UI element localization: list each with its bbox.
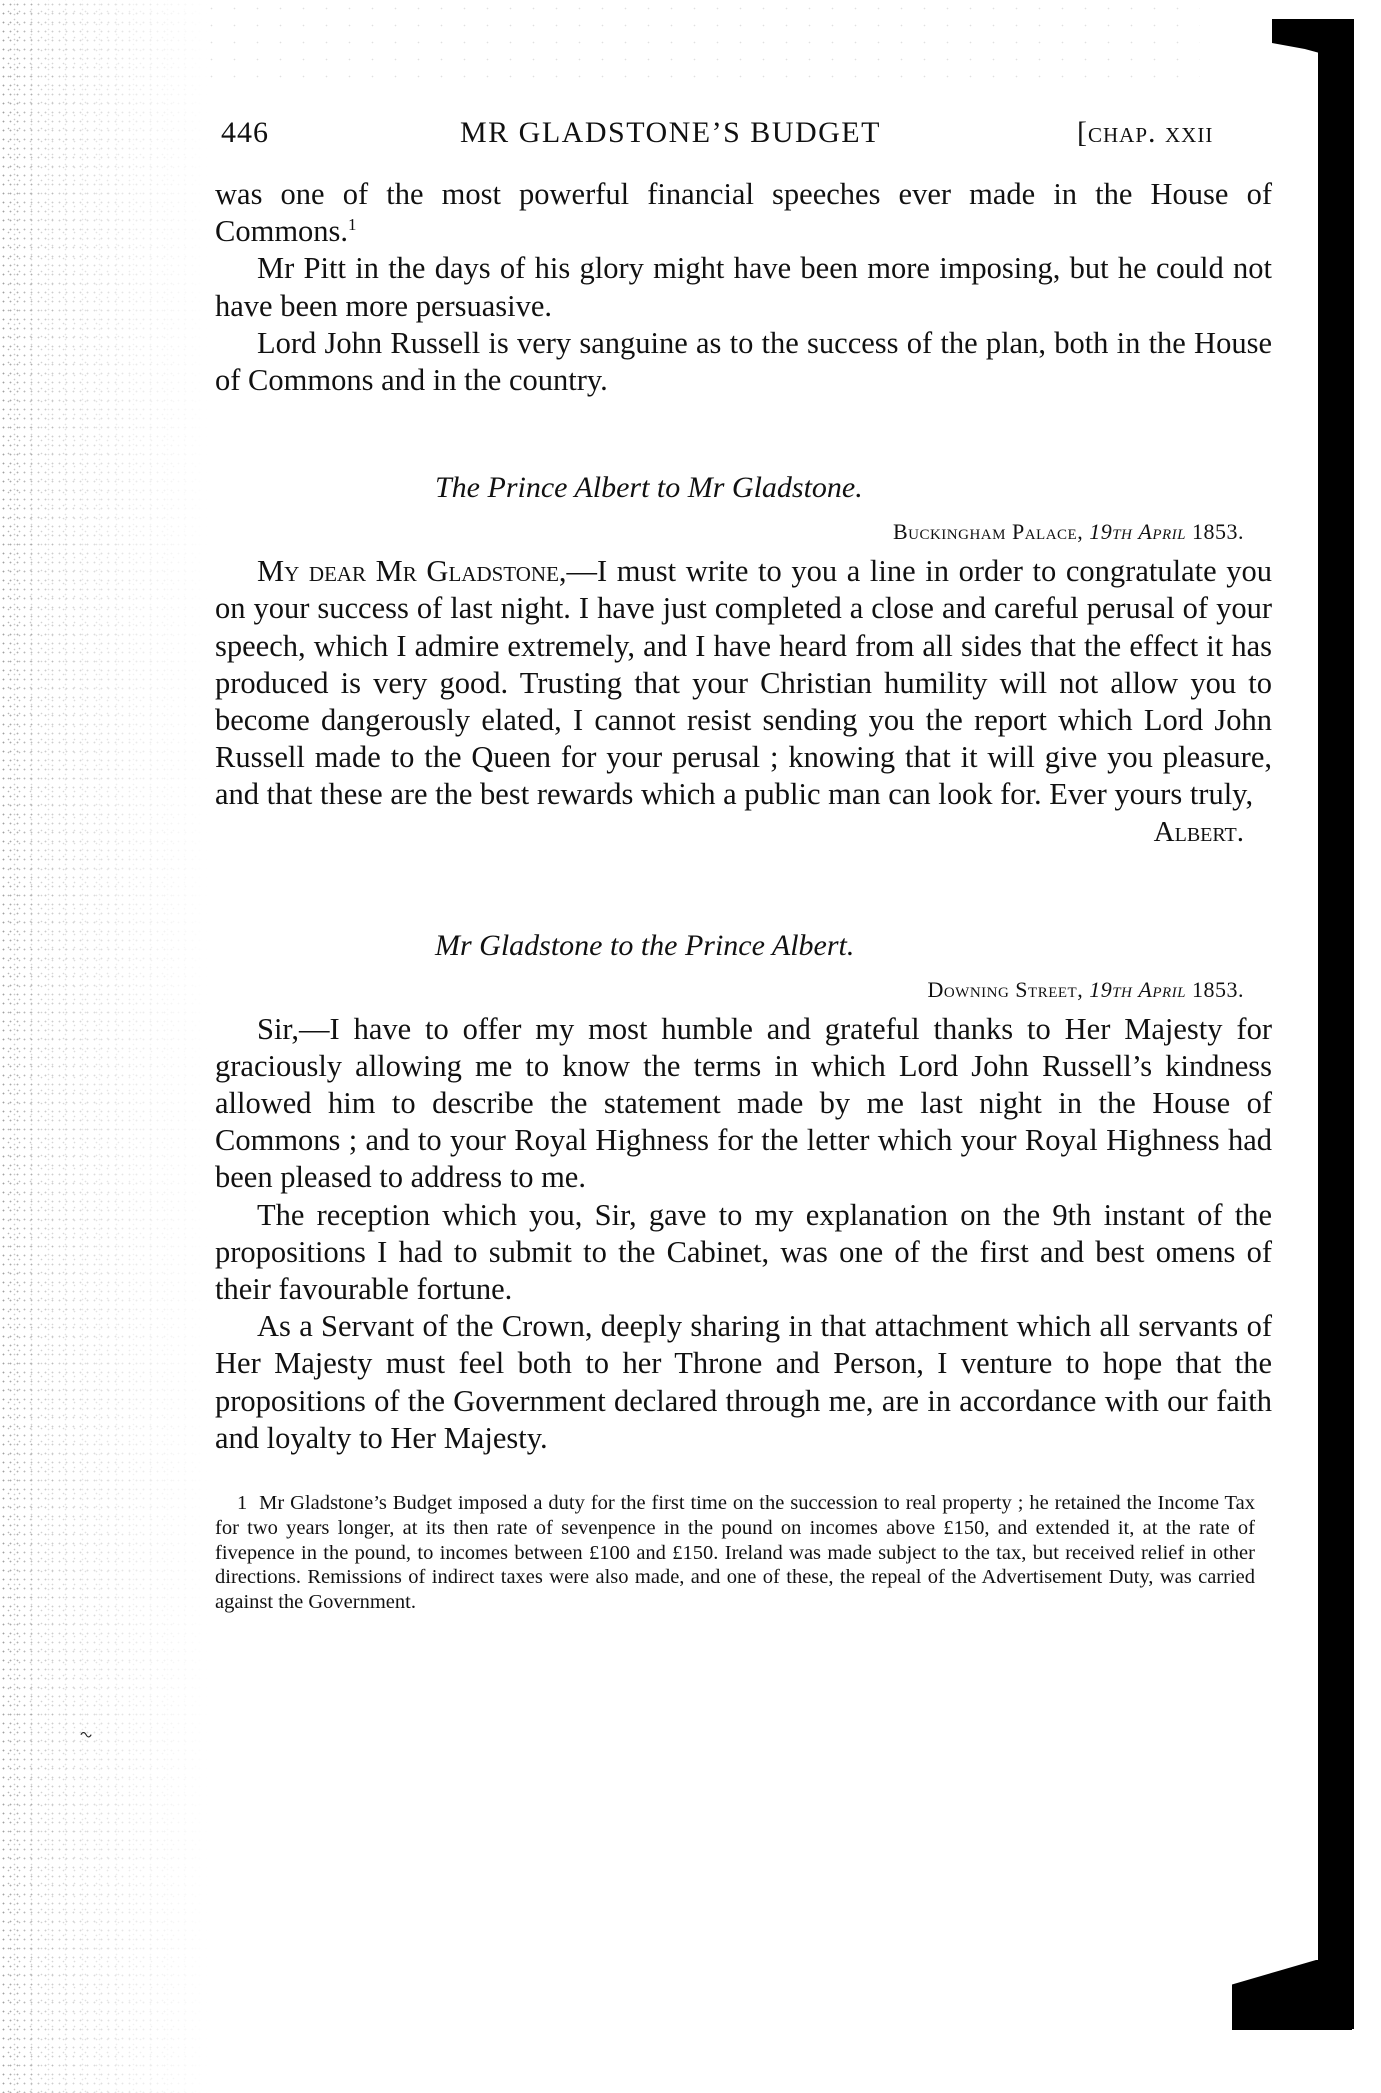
- binding-shadow: [1318, 19, 1354, 2029]
- running-title: MR GLADSTONE’S BUDGET: [460, 116, 881, 150]
- paragraph: The reception which you, Sir, gave to my…: [215, 1197, 1272, 1309]
- letter-dateline: Downing Street, 19th April 1853.: [215, 977, 1272, 1003]
- letter-dateline: Buckingham Palace, 19th April 1853.: [215, 519, 1272, 545]
- scan-top-noise: [200, 0, 1200, 90]
- page-number: 446: [221, 116, 269, 150]
- footnotes: 1 Mr Gladstone’s Budget imposed a duty f…: [215, 1491, 1255, 1615]
- footnote-ref[interactable]: 1: [348, 215, 357, 234]
- footnote: 1 Mr Gladstone’s Budget imposed a duty f…: [215, 1491, 1255, 1615]
- running-head: 446 MR GLADSTONE’S BUDGET [chap. xxii: [215, 108, 1272, 156]
- footnote-marker: 1: [237, 1492, 247, 1514]
- binding-shadow-foot: [1232, 1960, 1352, 2030]
- paragraph: Mr Pitt in the days of his glory might h…: [215, 250, 1272, 324]
- paragraph: was one of the most powerful financial s…: [215, 176, 1272, 250]
- letter-signature: Albert.: [215, 814, 1272, 851]
- paragraph: Lord John Russell is very sanguine as to…: [215, 325, 1272, 399]
- letter-heading: The Prince Albert to Mr Gladstone.: [215, 471, 1272, 505]
- opening-text: was one of the most powerful financial s…: [215, 176, 1272, 399]
- paragraph: My dear Mr Gladstone,—I must write to yo…: [215, 553, 1272, 813]
- salutation: My dear Mr Gladstone,: [257, 554, 567, 588]
- salutation: Sir,: [257, 1012, 299, 1046]
- scan-edge-noise: [0, 0, 210, 2093]
- letter-body: My dear Mr Gladstone,—I must write to yo…: [215, 553, 1272, 813]
- paragraph: As a Servant of the Crown, deeply sharin…: [215, 1308, 1272, 1457]
- chapter-marker: [chap. xxii: [1077, 116, 1213, 150]
- paragraph: Sir,—I have to offer my most humble and …: [215, 1011, 1272, 1197]
- letter-body: Sir,—I have to offer my most humble and …: [215, 1011, 1272, 1457]
- book-page: 446 MR GLADSTONE’S BUDGET [chap. xxii wa…: [215, 108, 1272, 1615]
- letter-heading: Mr Gladstone to the Prince Albert.: [215, 929, 1272, 963]
